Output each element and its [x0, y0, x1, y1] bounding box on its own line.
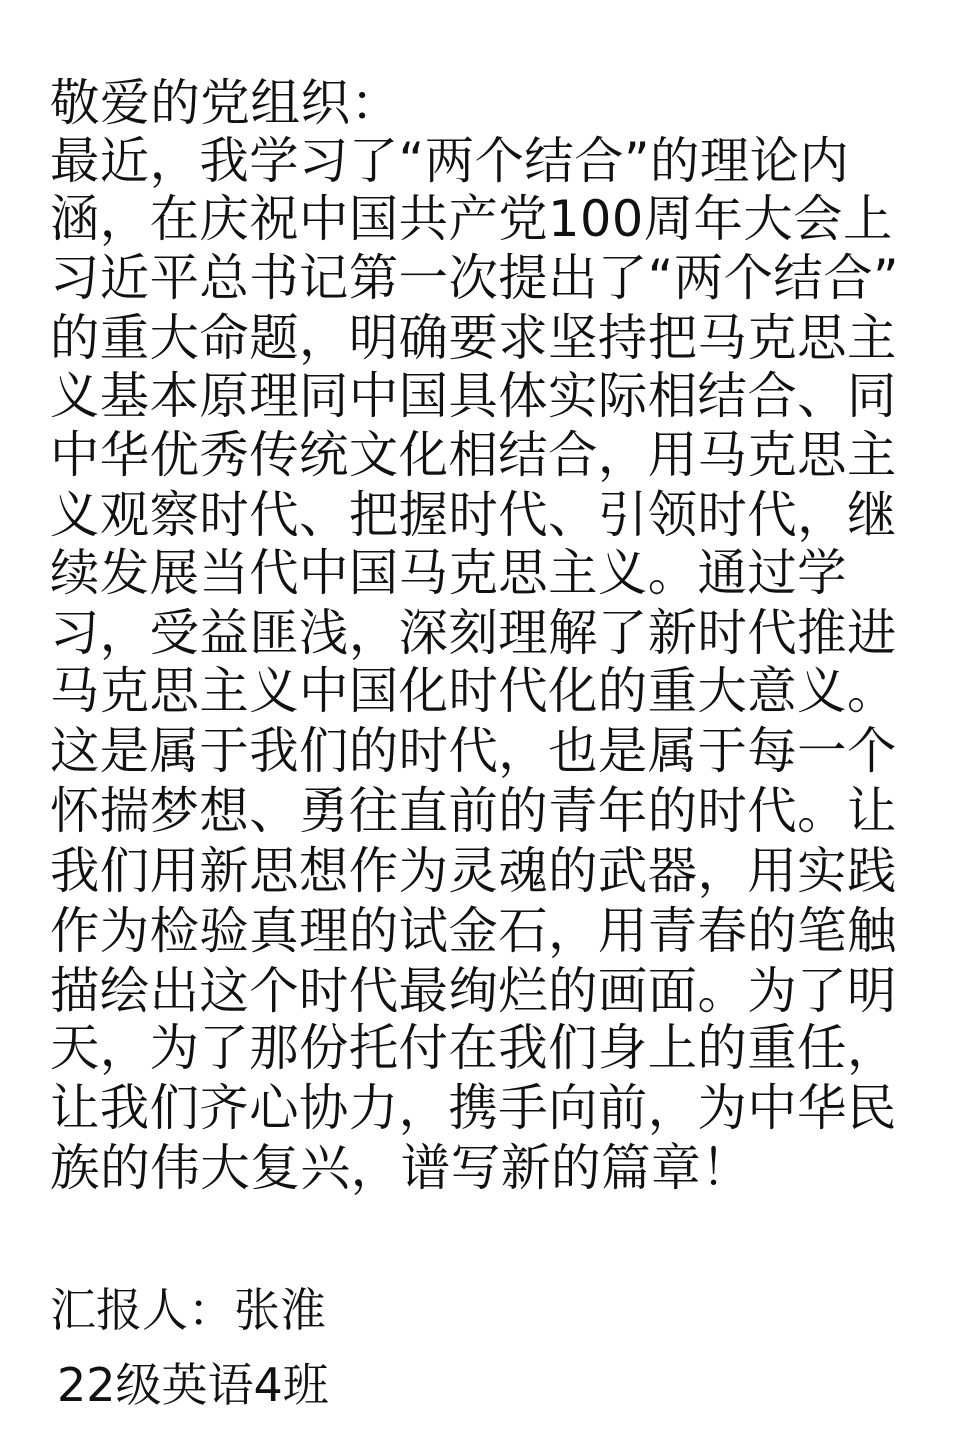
class-info: 22级英语4班	[57, 1355, 329, 1415]
body-line: 马克思主义中国化时代化的重大意义。	[50, 661, 918, 721]
body-line: 描绘出这个时代最绚烂的画面。为了明	[50, 961, 918, 1021]
body-line: 义观察时代、把握时代、引领时代，继	[50, 485, 918, 545]
body-line: 续发展当代中国马克思主义。通过学	[50, 543, 918, 603]
salutation: 敬爱的党组织：	[50, 73, 923, 133]
body-line: 让我们齐心协力，携手向前，为中华民	[50, 1078, 918, 1138]
body-line: 作为检验真理的试金石，用青春的笔触	[50, 901, 918, 961]
body-line: 我们用新思想作为灵魂的武器，用实践	[50, 841, 918, 901]
body-line: 最近，我学习了“两个结合”的理论内	[50, 131, 918, 191]
body-line: 的重大命题，明确要求坚持把马克思主	[50, 308, 918, 368]
reporter-signature: 汇报人：张淮	[50, 1280, 326, 1340]
body-line: 中华优秀传统文化相结合，用马克思主	[50, 425, 918, 485]
body-line: 怀揣梦想、勇往直前的青年的时代。让	[50, 781, 918, 841]
body-line: 习近平总书记第一次提出了“两个结合”	[50, 248, 918, 308]
body-line: 义基本原理同中国具体实际相结合、同	[50, 366, 918, 426]
letter-page: 敬爱的党组织： 最近，我学习了“两个结合”的理论内 涵，在庆祝中国共产党100周…	[0, 0, 962, 1440]
body-line: 天，为了那份托付在我们身上的重任，	[50, 1018, 918, 1078]
body-line: 族的伟大复兴，谱写新的篇章！	[50, 1138, 923, 1198]
body-line: 涵，在庆祝中国共产党100周年大会上	[50, 189, 918, 249]
body-line: 这是属于我们的时代，也是属于每一个	[50, 721, 918, 781]
body-line: 习，受益匪浅，深刻理解了新时代推进	[50, 603, 918, 663]
